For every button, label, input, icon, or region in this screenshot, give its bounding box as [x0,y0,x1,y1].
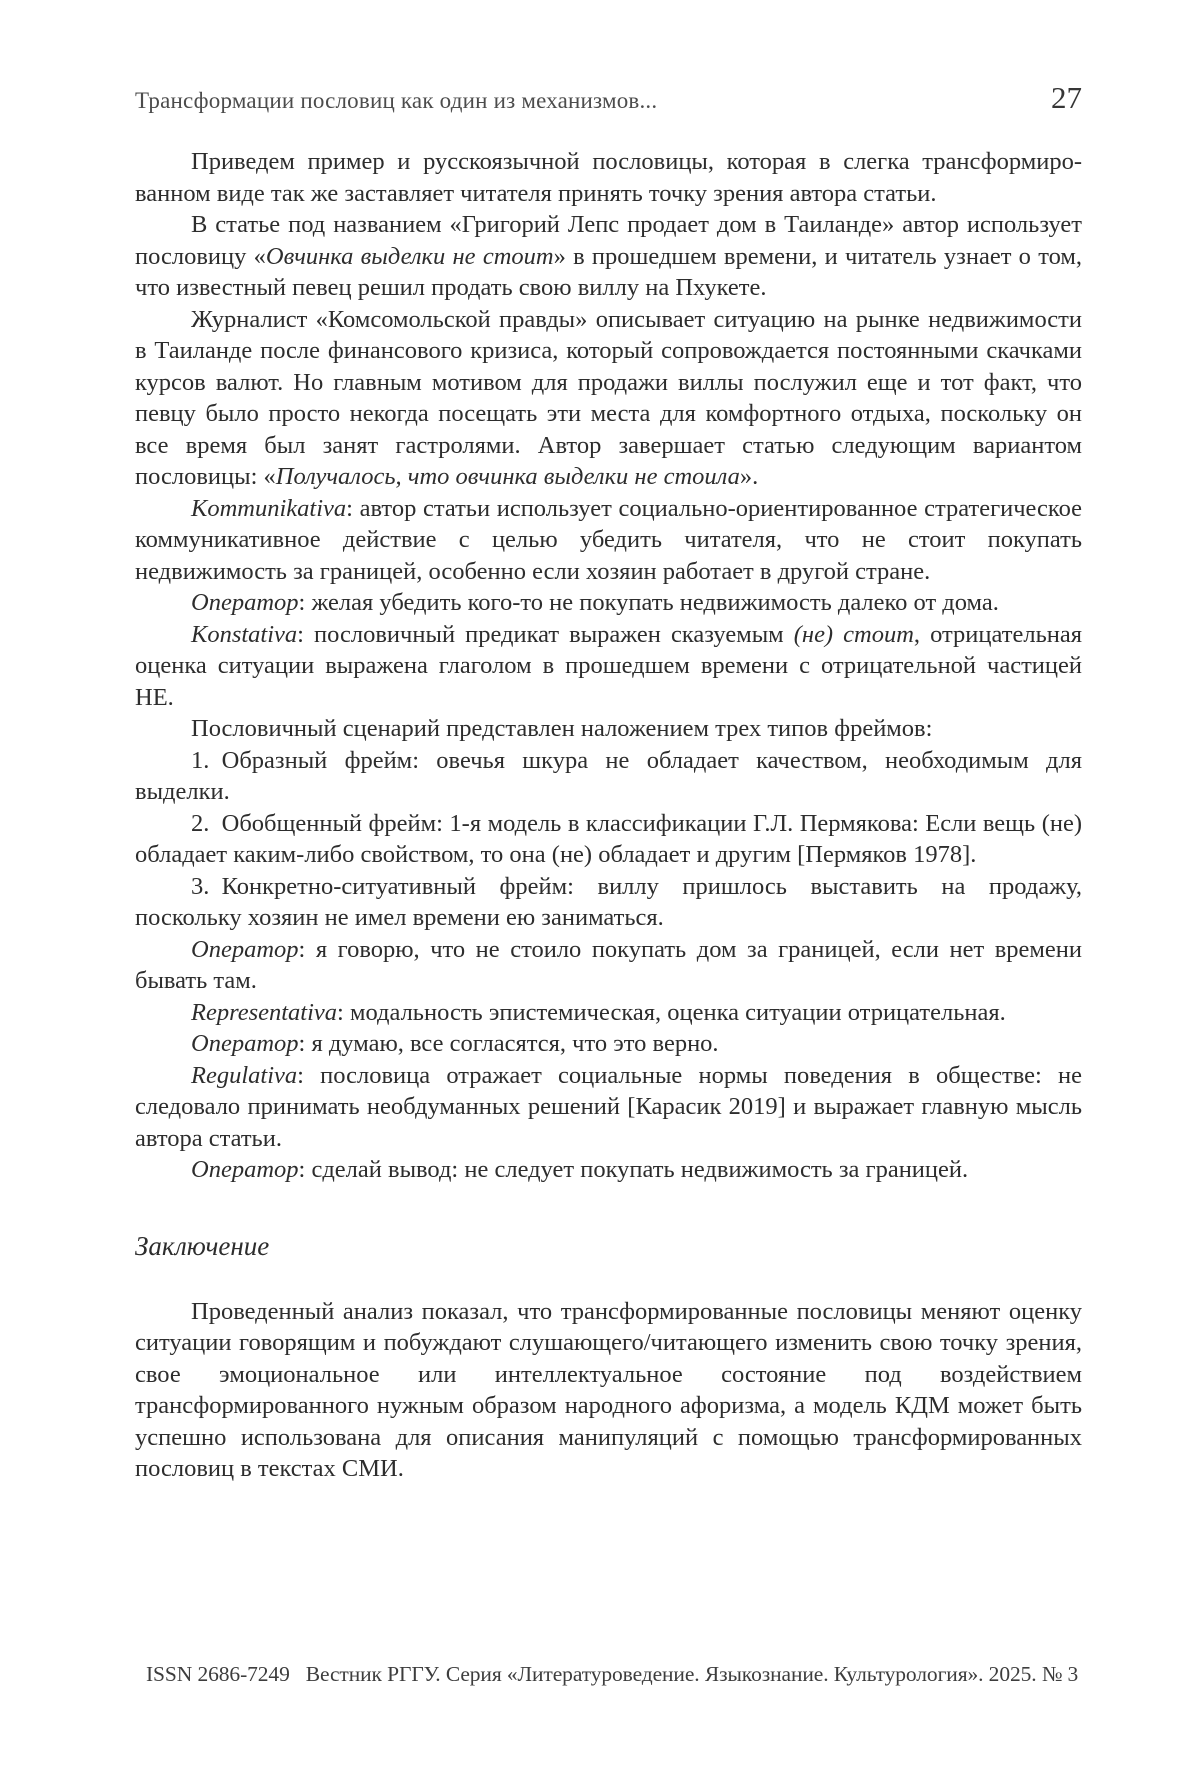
text-segment: 2. Обобщенный фрейм: 1-я модель в класси… [135,810,1082,869]
italic-text-segment: Оператор [191,1156,299,1183]
paragraph: Проведенный анализ показал, что трансфор… [135,1296,1082,1485]
italic-text-segment: (не) стоит [794,621,914,648]
italic-text-segment: Konstativa [191,621,297,648]
paragraph: Regulativa: пословица отражает социальны… [135,1060,1082,1155]
text-segment: 3. Конкретно-ситуативный фрейм: виллу пр… [135,873,1082,932]
italic-text-segment: Овчинка выделки не стоит [266,243,554,270]
text-segment: : я думаю, все согласятся, что это верно… [299,1030,719,1057]
paragraph: Оператор: сделай вывод: не следует покуп… [135,1154,1082,1186]
page-footer: ISSN 2686-7249Вестник РГГУ. Серия «Литер… [146,1662,1086,1687]
paragraph: 1. Образный фрейм: овечья шкура не облад… [135,745,1082,808]
text-segment: : пословичный предикат выражен сказуемым [297,621,794,648]
text-segment: 1. Образный фрейм: овечья шкура не облад… [135,747,1082,806]
running-title: Трансформации пословиц как один из механ… [135,88,657,114]
text-segment: : сделай вывод: не следует покупать недв… [299,1156,969,1183]
page-number: 27 [1051,80,1082,116]
text-segment: Пословичный сценарий представлен наложен… [191,715,932,742]
conclusion-paragraphs: Проведенный анализ показал, что трансфор… [135,1296,1082,1485]
italic-text-segment: Оператор [191,1030,299,1057]
text-segment: Приведем пример и русскоязычной пословиц… [135,148,1082,207]
italic-text-segment: Kommunikativa [191,495,346,522]
text-segment: ». [740,463,758,490]
footer-journal-line: Вестник РГГУ. Серия «Литературоведение. … [306,1662,1078,1686]
text-segment: : модальность эпистемическая, оценка сит… [337,999,1006,1026]
paragraph: Kommunikativa: автор статьи использует с… [135,493,1082,588]
italic-text-segment: Получалось, что овчинка выделки не стоил… [276,463,740,490]
paragraph: 2. Обобщенный фрейм: 1-я модель в класси… [135,808,1082,871]
body-paragraphs: Приведем пример и русскоязычной пословиц… [135,146,1082,1186]
document-page: Трансформации пословиц как один из механ… [0,0,1200,1780]
paragraph: Оператор: желая убедить кого-то не покуп… [135,587,1082,619]
italic-text-segment: Оператор [191,936,299,963]
footer-issn: ISSN 2686-7249 [146,1662,290,1686]
paragraph: Оператор: я думаю, все согласятся, что э… [135,1028,1082,1060]
italic-text-segment: Regulativa [191,1062,297,1089]
paragraph: 3. Конкретно-ситуативный фрейм: виллу пр… [135,871,1082,934]
text-segment: Проведенный анализ показал, что трансфор… [135,1298,1082,1483]
text-segment: : желая убедить кого-то не покупать недв… [299,589,999,616]
paragraph: Representativa: модальность эпистемическ… [135,997,1082,1029]
article-body: Приведем пример и русскоязычной пословиц… [135,146,1082,1485]
italic-text-segment: Representativa [191,999,337,1026]
paragraph: В статье под названием «Григорий Лепс пр… [135,209,1082,304]
paragraph: Журналист «Комсомольской правды» описыва… [135,304,1082,493]
italic-text-segment: Оператор [191,589,299,616]
running-header: Трансформации пословиц как один из механ… [135,80,1082,116]
section-heading: Заключение [135,1230,1082,1262]
paragraph: Приведем пример и русскоязычной пословиц… [135,146,1082,209]
paragraph: Оператор: я говорю, что не стоило покупа… [135,934,1082,997]
paragraph: Konstativa: пословичный предикат выражен… [135,619,1082,714]
paragraph: Пословичный сценарий представлен наложен… [135,713,1082,745]
